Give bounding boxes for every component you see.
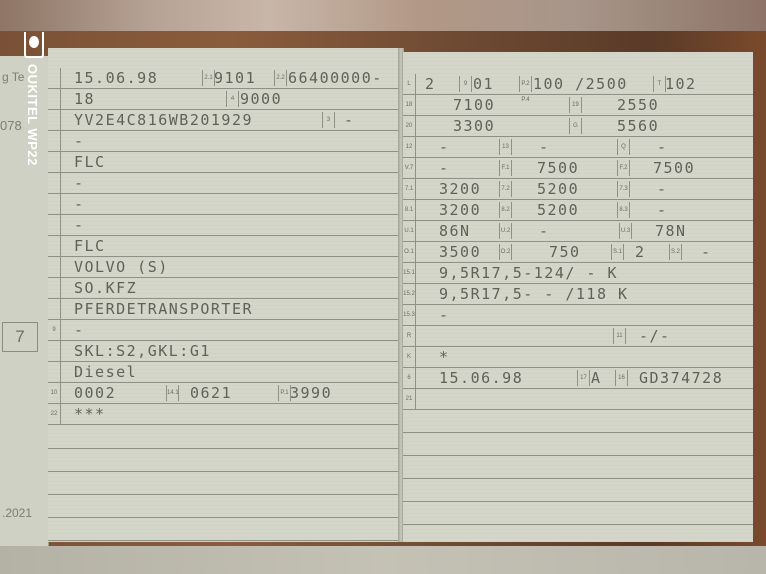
flap-number-box: 7 <box>2 322 38 352</box>
sub-field-label: F.2 <box>617 160 630 176</box>
field-value: 7100 <box>453 95 495 115</box>
field-label: 10 <box>48 383 61 403</box>
field-label: O.1 <box>403 242 416 262</box>
field-label <box>48 110 61 130</box>
sub-field-label: 8.2 <box>499 202 512 218</box>
sub-field-label: 19 <box>569 97 582 113</box>
sub-field-label: 4 <box>226 91 239 107</box>
field-label: V.7 <box>403 158 416 178</box>
field-label <box>48 362 61 382</box>
sub-field-label: 9 <box>459 76 472 92</box>
doc-row: YV2E4C816WB201929 3 - <box>48 110 400 131</box>
sub-field-value: 01 <box>473 74 494 94</box>
field-value: 18 <box>74 89 95 109</box>
sub-field-label: 8.3 <box>617 202 630 218</box>
sub-field-value: - <box>344 110 355 130</box>
blank-line <box>48 472 400 495</box>
field-label <box>48 89 61 109</box>
field-label <box>48 173 61 193</box>
field-value: *** <box>74 404 106 424</box>
field-value: 3200 <box>439 179 481 199</box>
sub-field-value: 750 <box>549 242 581 262</box>
doc-row: 7.1 3200 7.2 5200 7.3 - <box>403 179 753 200</box>
doc-row: 9 - <box>48 320 400 341</box>
field-label: 18 <box>403 95 416 115</box>
blank-line <box>403 456 753 479</box>
field-label <box>48 236 61 256</box>
doc-row: O.1 3500 O.2 750 S.1 2 S.2 - <box>403 242 753 263</box>
sub-field-label: 13 <box>499 139 512 155</box>
doc-row: 21 <box>403 389 753 410</box>
sub-field-value: A <box>591 368 602 388</box>
field-label <box>48 341 61 361</box>
doc-row: 22 *** <box>48 404 400 425</box>
sub-field-value: 78N <box>655 221 687 241</box>
sub-field-label: P.2 P.4 <box>519 76 532 92</box>
doc-row: V.7 - F.1 7500 F.2 7500 <box>403 158 753 179</box>
field-value: - <box>439 137 450 157</box>
field-label <box>48 278 61 298</box>
doc-row: VOLVO (S) <box>48 257 400 278</box>
doc-row: SKL:S2,GKL:G1 <box>48 341 400 362</box>
field-label: 15.1 <box>403 263 416 283</box>
field-label: 9 <box>48 320 61 340</box>
field-label: 8.1 <box>403 200 416 220</box>
doc-row: SO.KFZ <box>48 278 400 299</box>
field-label: 20 <box>403 116 416 136</box>
fuel-type-value: Diesel <box>74 362 137 382</box>
doc-row: PFERDETRANSPORTER <box>48 299 400 320</box>
sub-field-value: - <box>539 221 550 241</box>
sub-field-value: 9101 <box>214 68 256 88</box>
blank-line <box>48 449 400 472</box>
field-label <box>48 152 61 172</box>
sub-field-label: S.1 <box>611 244 624 260</box>
doc-row: 18 7100 19 2550 <box>403 95 753 116</box>
vin-value: YV2E4C816WB201929 <box>74 110 253 130</box>
field-value: - <box>74 215 85 235</box>
sub-field-value: 5200 <box>537 200 579 220</box>
sub-field-value: 102 <box>665 74 697 94</box>
doc-row: R 11 -/- <box>403 326 753 347</box>
blurred-background-bottom <box>0 546 766 574</box>
field-label: R <box>403 326 416 346</box>
field-value: - <box>74 131 85 151</box>
doc-row: FLC <box>48 152 400 173</box>
sub-field-value: 100 /2500 <box>533 74 628 94</box>
sub-field-value: - <box>657 179 668 199</box>
sub-field-label: 11 <box>613 328 626 344</box>
field-label <box>48 68 61 88</box>
field-label: U.1 <box>403 221 416 241</box>
sub-field-label: 14.1 <box>166 385 179 401</box>
vehicle-class-value: SO.KFZ <box>74 278 137 298</box>
doc-row: 12 - 13 - Q - <box>403 137 753 158</box>
field-label: 7.1 <box>403 179 416 199</box>
sub-field-value: 2 <box>635 242 646 262</box>
doc-row: 15.3 - <box>403 305 753 326</box>
make-value: VOLVO (S) <box>74 257 169 277</box>
field-label: 15.2 <box>403 284 416 304</box>
sub-field-label: 7.2 <box>499 181 512 197</box>
field-label <box>48 131 61 151</box>
flap-fragment: .2021 <box>2 506 32 520</box>
field-label: 22 <box>48 404 61 424</box>
sub-field-label: 16 <box>615 370 628 386</box>
sub-field-value: - <box>657 137 668 157</box>
doc-row: U.1 86N U.2 - U.3 78N <box>403 221 753 242</box>
body-type-value: PFERDETRANSPORTER <box>74 299 253 319</box>
field-value: - <box>439 305 450 325</box>
displacement-value: 3990 <box>290 383 332 403</box>
sub-field-label: G <box>569 118 582 134</box>
doc-row: - <box>48 194 400 215</box>
blank-line <box>403 502 753 525</box>
field-value: 2 <box>425 74 436 94</box>
field-label <box>48 257 61 277</box>
sub-field-value: 0621 <box>190 383 232 403</box>
field-label: 21 <box>403 389 416 409</box>
sub-field-value: -/- <box>639 326 671 346</box>
field-value: FLC <box>74 152 106 172</box>
sub-field-label: S.2 <box>669 244 682 260</box>
sub-field-label: U.2 <box>499 223 512 239</box>
doc-row: FLC <box>48 236 400 257</box>
doc-row: Diesel <box>48 362 400 383</box>
doc-row: 6 15.06.98 17 A 16 GD374728 <box>403 368 753 389</box>
sub-field-label: 3 <box>322 112 335 128</box>
field-value: 3500 <box>439 242 481 262</box>
flap-fragment: g Te <box>2 70 24 84</box>
field-value: - <box>74 173 85 193</box>
doc-row: 20 3300 G 5560 <box>403 116 753 137</box>
blank-line <box>403 433 753 456</box>
sub-field-label: U.3 <box>619 223 632 239</box>
field-label <box>48 194 61 214</box>
field-value: 3300 <box>453 116 495 136</box>
field-value: - <box>439 158 450 178</box>
sub-field-label: 2.2 <box>274 70 287 86</box>
blank-line <box>48 426 400 449</box>
doc-row: 15.2 9,5R17,5- - /118 K <box>403 284 753 305</box>
blank-line <box>403 479 753 502</box>
sub-field-value: - <box>701 242 712 262</box>
field-value: 86N <box>439 221 471 241</box>
sub-field-value: 66400000- <box>288 68 383 88</box>
field-value: - <box>74 320 85 340</box>
document-right-page: L 2 9 01 P.2 P.4 100 /2500 T 102 18 7100… <box>402 52 753 542</box>
registration-date: 15.06.98 <box>439 368 523 388</box>
sub-field-value: 9000 <box>240 89 282 109</box>
blank-line <box>48 518 400 541</box>
sub-field-label: Q <box>617 139 630 155</box>
sub-field-value: - <box>539 137 550 157</box>
sub-field-value: 7500 <box>653 158 695 178</box>
doc-row: 10 0002 14.1 0621 P.1 3990 <box>48 383 400 404</box>
doc-row: 15.1 9,5R17,5-124/ - K <box>403 263 753 284</box>
field-label <box>48 215 61 235</box>
camera-icon <box>24 32 44 58</box>
field-value: 0002 <box>74 383 116 403</box>
tyre-size-axle2: 9,5R17,5- - /118 K <box>439 284 629 304</box>
doc-row: 8.1 3200 8.2 5200 8.3 - <box>403 200 753 221</box>
field-value: 15.06.98 <box>74 68 158 88</box>
doc-row: 15.06.98 2.1 9101 2.2 66400000- <box>48 68 400 89</box>
field-value: FLC <box>74 236 106 256</box>
sub-field-value: 2550 <box>617 95 659 115</box>
doc-row: K * <box>403 347 753 368</box>
doc-row: - <box>48 173 400 194</box>
blank-line <box>403 410 753 433</box>
field-label: 12 <box>403 137 416 157</box>
document-left-page: 15.06.98 2.1 9101 2.2 66400000- 18 4 900… <box>48 48 400 542</box>
sub-field-value: 5560 <box>617 116 659 136</box>
sub-field-value: 5200 <box>537 179 579 199</box>
field-value: 3200 <box>439 200 481 220</box>
sub-field-value: 7500 <box>537 158 579 178</box>
field-label: 6 <box>403 368 416 388</box>
field-value: * <box>439 347 450 367</box>
doc-row: - <box>48 131 400 152</box>
sub-field-label: F.1 <box>499 160 512 176</box>
field-label: L <box>403 74 416 94</box>
sub-field-value: - <box>657 200 668 220</box>
flap-fragment: 078 <box>0 118 22 133</box>
sub-field-label: O.2 <box>499 244 512 260</box>
doc-row: - <box>48 215 400 236</box>
field-value: - <box>74 194 85 214</box>
tyre-size-axle1: 9,5R17,5-124/ - K <box>439 263 618 283</box>
doc-row: 18 4 9000 <box>48 89 400 110</box>
field-label: K <box>403 347 416 367</box>
field-label: 15.3 <box>403 305 416 325</box>
sub-field-label: 7.3 <box>617 181 630 197</box>
doc-row: L 2 9 01 P.2 P.4 100 /2500 T 102 <box>403 74 753 95</box>
blurred-background-top <box>0 0 766 31</box>
field-label <box>48 299 61 319</box>
emission-class-value: SKL:S2,GKL:G1 <box>74 341 211 361</box>
document-number: GD374728 <box>639 368 723 388</box>
device-watermark: OUKITEL WP22 <box>25 64 40 166</box>
sub-field-label: 17 <box>577 370 590 386</box>
blank-line <box>48 495 400 518</box>
